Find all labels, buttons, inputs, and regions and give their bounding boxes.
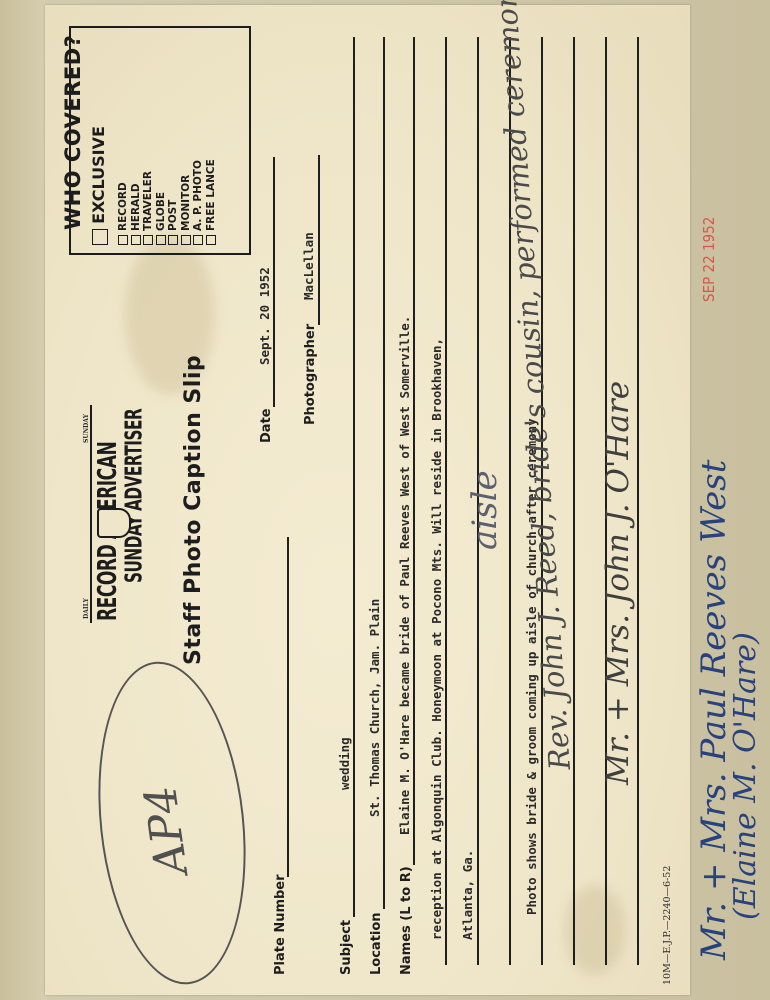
exclusive-checkbox[interactable] — [92, 229, 108, 245]
caption-line-6 — [573, 37, 575, 965]
pencil-note-parents: Mr. + Mrs. John J. O'Hare — [600, 381, 636, 785]
date-value: Sept. 20 1952 — [257, 267, 272, 365]
photographer-value: MacLellan — [301, 232, 316, 300]
subject-value: wedding — [337, 737, 352, 790]
photographer-line — [318, 155, 320, 325]
who-covered-box: EXCLUSIVE RECORD HERALD TRAVELER GLOBE P… — [69, 26, 251, 255]
caption-slip-card: WHO COVERED? EXCLUSIVE RECORD HERALD TRA… — [45, 5, 690, 995]
free-lance-checkbox[interactable] — [206, 235, 216, 245]
newspaper-masthead: DAILY SUNDAY RECORD AMERICAN SUNDAY ADVE… — [83, 403, 163, 623]
option-traveler: TRAVELER — [142, 35, 155, 245]
received-date-stamp: SEP 22 1952 — [700, 217, 718, 302]
names-label: Names (L to R) — [399, 866, 414, 975]
names-line-1: Elaine M. O'Hare became bride of Paul Re… — [397, 316, 412, 835]
names-line-3: Atlanta, Ga. — [460, 850, 475, 940]
option-monitor: MONITOR — [180, 35, 193, 245]
pencil-note-aisle: aisle — [465, 470, 505, 550]
names-line-2: reception at Algonquin Club. Honeymoon a… — [429, 338, 444, 940]
record-checkbox[interactable] — [118, 235, 128, 245]
masthead-daily-tag: DAILY — [83, 598, 90, 619]
option-free-lance: FREE LANCE — [205, 35, 218, 245]
backing-edge-strip — [0, 0, 45, 1000]
plate-number-line — [287, 537, 289, 877]
caption-line-2 — [445, 37, 447, 965]
plate-number-label: Plate Number — [273, 874, 288, 975]
who-covered-options: RECORD HERALD TRAVELER GLOBE POST MONITO… — [117, 35, 217, 245]
names-line — [413, 37, 415, 865]
form-title: Staff Photo Caption Slip — [181, 355, 206, 665]
monitor-checkbox[interactable] — [181, 235, 191, 245]
photographer-label: Photographer — [303, 324, 318, 425]
subject-label: Subject — [339, 920, 354, 975]
eagle-emblem-icon — [97, 508, 131, 538]
ap-photo-checkbox[interactable] — [193, 235, 203, 245]
caption-line-8 — [637, 37, 639, 965]
blue-ink-note-line2: (Elaine M. O'Hare) — [728, 632, 763, 920]
subject-line — [353, 37, 355, 917]
option-post: POST — [167, 35, 180, 245]
date-line — [273, 157, 275, 407]
option-record: RECORD — [117, 35, 130, 245]
masthead-rule — [90, 405, 92, 623]
post-checkbox[interactable] — [168, 235, 178, 245]
masthead-line2: SUNDAY ADVERTISER — [121, 409, 148, 583]
exclusive-label: EXCLUSIVE — [89, 126, 108, 224]
exclusive-option: EXCLUSIVE — [89, 126, 108, 245]
date-label: Date — [259, 408, 274, 443]
option-herald: HERALD — [130, 35, 143, 245]
rotated-document: WHO COVERED? EXCLUSIVE RECORD HERALD TRA… — [0, 0, 770, 1000]
location-line — [383, 37, 385, 909]
globe-checkbox[interactable] — [156, 235, 166, 245]
masthead-sunday-tag: SUNDAY — [83, 414, 90, 443]
traveler-checkbox[interactable] — [143, 235, 153, 245]
location-label: Location — [369, 912, 384, 975]
herald-checkbox[interactable] — [131, 235, 141, 245]
print-code: 10M—E.J.P.—2240—6-52 — [662, 866, 673, 985]
option-globe: GLOBE — [155, 35, 168, 245]
location-value: St. Thomas Church, Jam. Plain — [367, 599, 382, 817]
option-ap-photo: A. P. PHOTO — [192, 35, 205, 245]
